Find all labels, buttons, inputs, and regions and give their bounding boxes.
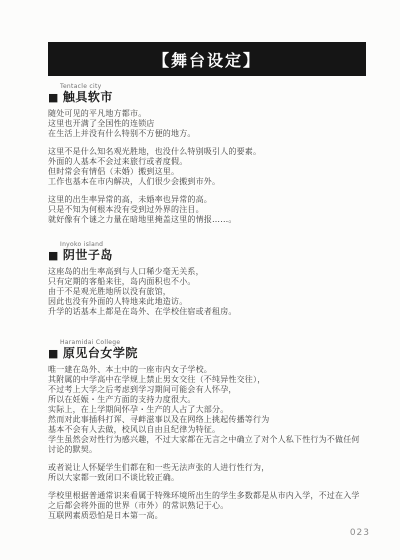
paragraph: 唯一建在岛外、本土中的一座市内女子学校。 其附属的中学高中在学规上禁止男女交往（… <box>48 365 366 455</box>
text-line: 互联网素质恐怕是日本第一高。 <box>48 511 366 521</box>
text-line: 因此也没有外面的人特地来此地造访。 <box>48 297 366 307</box>
paragraph: 这里不是什么知名观光胜地，也没什么特别吸引人的要素。 外面的人基本不会过来旅行或… <box>48 147 366 187</box>
text-line: 由于不是观光胜地所以没有旅馆， <box>48 287 366 297</box>
section-tag: Inyoko island <box>60 241 366 248</box>
section-tag: Tentacle city <box>60 83 366 90</box>
section-heading: 阴世子岛 <box>63 249 113 262</box>
page-title: 【舞台设定】 <box>153 48 261 71</box>
text-line: 实际上，在上学期间怀孕・生产的人占了大部分。 <box>48 405 366 415</box>
section-heading-row: ■ 阴世子岛 <box>48 249 366 262</box>
section-heading: 触具软市 <box>63 91 113 104</box>
text-line: 所以大家都一致闭口不谈比较正确。 <box>48 473 366 483</box>
title-banner: 【舞台设定】 <box>48 42 366 76</box>
text-line: 不过考上大学之后考虑到学习期间可能会有人怀孕， <box>48 385 366 395</box>
text-line: 讨论的默契。 <box>48 445 366 455</box>
text-line: 所以在妊娠・生产方面的支持力度很大。 <box>48 395 366 405</box>
square-bullet-icon: ■ <box>48 92 59 103</box>
paragraph: 或者说让人怀疑学生们都在和一些无法声张的人进行性行为， 所以大家都一致闭口不谈比… <box>48 463 366 483</box>
page-number: 023 <box>350 528 370 538</box>
text-line: 或者说让人怀疑学生们都在和一些无法声张的人进行性行为， <box>48 463 366 473</box>
square-bullet-icon: ■ <box>48 348 59 359</box>
text-line: 随处可见的平凡地方都市。 <box>48 109 366 119</box>
paragraph: 这座岛的出生率高到与人口稀少毫无关系， 只有定期的客船来往，岛内面积也不小。 由… <box>48 267 366 317</box>
document-page: 【舞台设定】 Tentacle city ■ 触具软市 随处可见的平凡地方都市。… <box>0 0 400 560</box>
text-line: 然而对此事插科打诨、寻衅滋事以及在网络上挑起传播等行为 <box>48 415 366 425</box>
paragraph: 这里的出生率异常的高，未婚率也异常的高。 只是不知为何根本没有受到过外界的注目。… <box>48 195 366 225</box>
text-line: 就好像有个谜之力量在暗地里掩盖这里的情报……。 <box>48 215 366 225</box>
section-tag: Haramidai College <box>60 339 366 346</box>
text-line: 在生活上并没有什么特别不方便的地方。 <box>48 129 366 139</box>
section-haramidai-college: Haramidai College ■ 原见台女学院 唯一建在岛外、本土中的一座… <box>48 339 366 521</box>
text-line: 只有定期的客船来往，岛内面积也不小。 <box>48 277 366 287</box>
text-line: 这座岛的出生率高到与人口稀少毫无关系， <box>48 267 366 277</box>
text-line: 学校里根据普通常识来看属于特殊环境所出生的学生多数都是从市内入学，不过在入学 <box>48 491 366 501</box>
text-line: 唯一建在岛外、本土中的一座市内女子学校。 <box>48 365 366 375</box>
text-line: 这里也开满了全国性的连锁店 <box>48 119 366 129</box>
text-line: 这里的出生率异常的高，未婚率也异常的高。 <box>48 195 366 205</box>
section-inyoko-island: Inyoko island ■ 阴世子岛 这座岛的出生率高到与人口稀少毫无关系，… <box>48 241 366 317</box>
paragraph: 学校里根据普通常识来看属于特殊环境所出生的学生多数都是从市内入学，不过在入学 之… <box>48 491 366 521</box>
section-tentacle-city: Tentacle city ■ 触具软市 随处可见的平凡地方都市。 这里也开满了… <box>48 83 366 225</box>
text-line: 学生虽然会对性行为感兴趣，不过大家都在无言之中确立了对个人私下性行为不做任何 <box>48 435 366 445</box>
text-line: 只是不知为何根本没有受到过外界的注目。 <box>48 205 366 215</box>
section-heading-row: ■ 触具软市 <box>48 91 366 104</box>
text-line: 但时常会有情侣（未婚）搬到这里。 <box>48 167 366 177</box>
text-line: 外面的人基本不会过来旅行或者度假。 <box>48 157 366 167</box>
text-line: 工作也基本在市内解决，人们很少会搬到市外。 <box>48 177 366 187</box>
section-heading-row: ■ 原见台女学院 <box>48 347 366 360</box>
text-line: 升学的话基本上都是在岛外、在学校住宿或者租房。 <box>48 307 366 317</box>
text-line: 其附属的中学高中在学规上禁止男女交往（不纯异性交往）， <box>48 375 366 385</box>
section-heading: 原见台女学院 <box>63 347 138 360</box>
paragraph: 随处可见的平凡地方都市。 这里也开满了全国性的连锁店 在生活上并没有什么特别不方… <box>48 109 366 139</box>
text-line: 基本不会有人去做，校风以自由且纪律为特征。 <box>48 425 366 435</box>
square-bullet-icon: ■ <box>48 250 59 261</box>
text-line: 这里不是什么知名观光胜地，也没什么特别吸引人的要素。 <box>48 147 366 157</box>
text-line: 之后都会将外面的世界（市外）的常识熟记于心。 <box>48 501 366 511</box>
